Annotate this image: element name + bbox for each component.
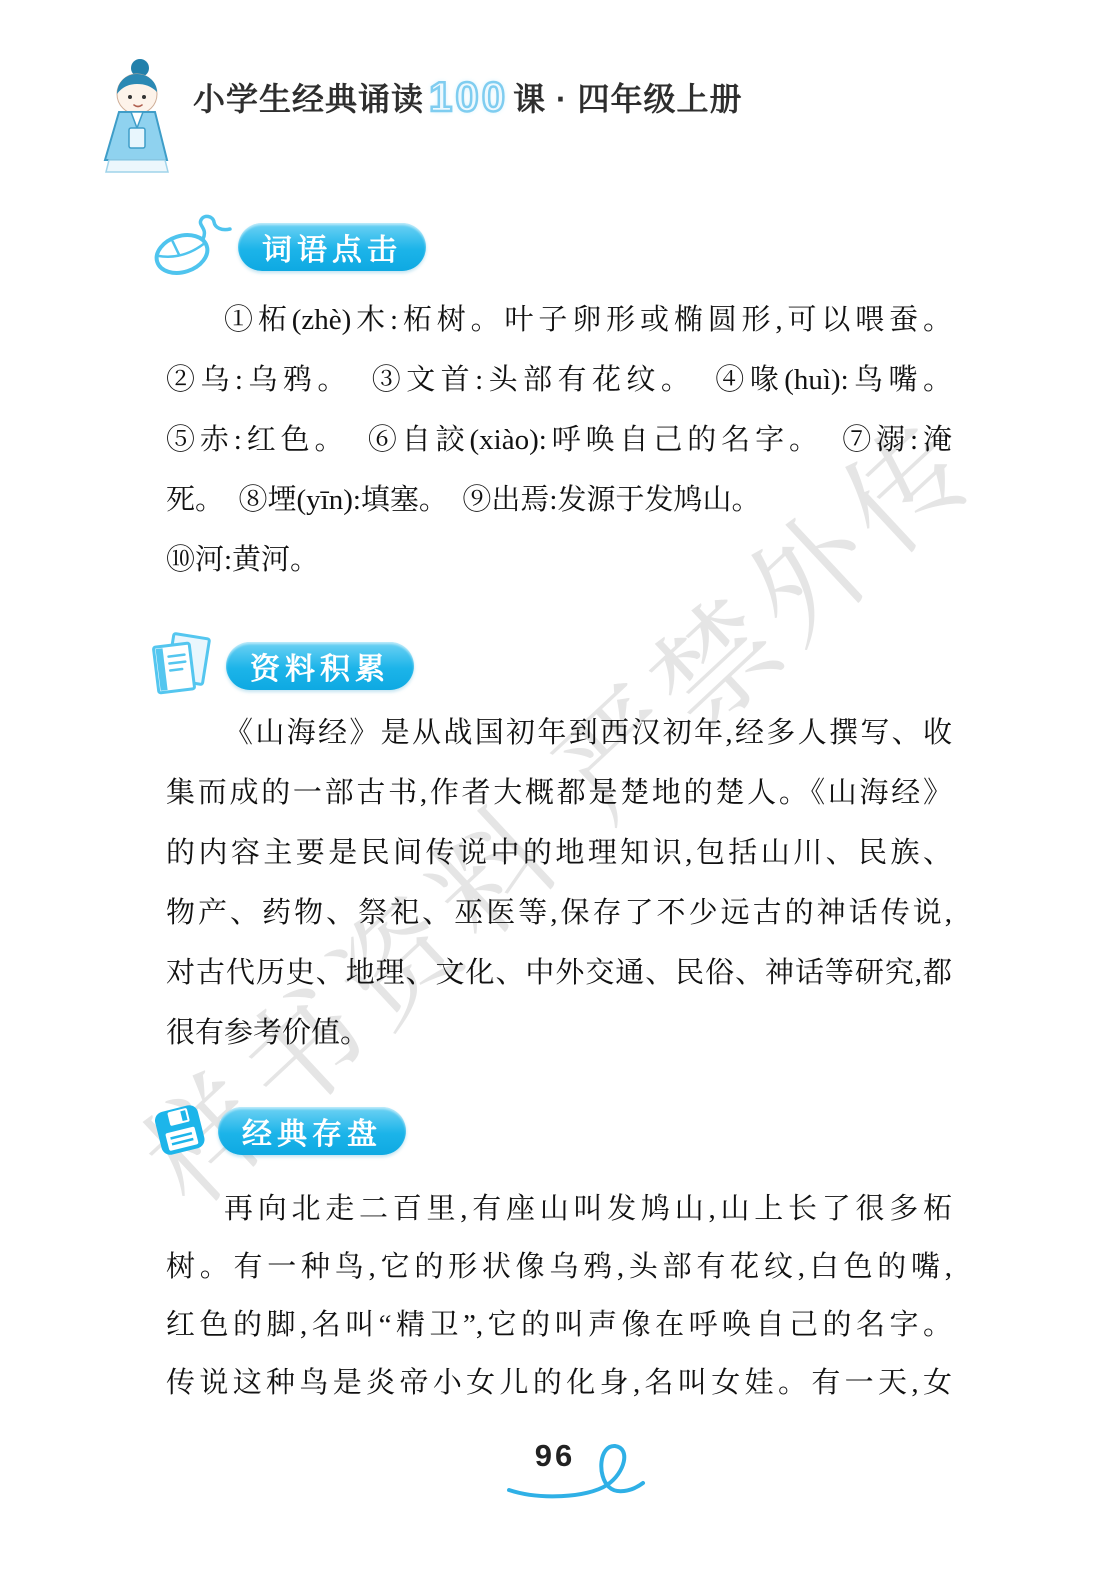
mascot-icon xyxy=(93,56,179,176)
floppy-icon xyxy=(148,1100,212,1162)
flourish-icon xyxy=(503,1440,653,1504)
text-line: ⑩河:黄河。 xyxy=(166,530,952,590)
section-pill-materials: 资料积累 xyxy=(226,642,414,690)
mouse-icon xyxy=(148,214,232,280)
text-line: ①柘(zhè)木:柘树。叶子卵形或椭圆形,可以喂蚕。 xyxy=(166,290,952,350)
classic-paragraph: 再向北走二百里,有座山叫发鸠山,山上长了很多柘 树。有一种鸟,它的形状像乌鸦,头… xyxy=(166,1180,952,1412)
text-line: 很有参考价值。 xyxy=(166,1003,952,1063)
text-line: 《山海经》是从战国初年到西汉初年,经多人撰写、收 xyxy=(166,703,952,763)
title-prefix: 小学生经典诵读 xyxy=(193,74,424,120)
words-paragraph: ①柘(zhè)木:柘树。叶子卵形或椭圆形,可以喂蚕。 ②乌:乌鸦。 ③文首:头部… xyxy=(166,290,952,590)
title-suffix: 课 · 四年级上册 xyxy=(513,74,742,120)
text-line: ⑤赤:红色。 ⑥自詨(xiào):呼唤自己的名字。 ⑦溺:淹 xyxy=(166,410,952,470)
documents-icon xyxy=(148,632,220,700)
title-number: 100 xyxy=(429,76,508,118)
text-line: 集而成的一部古书,作者大概都是楚地的楚人。《山海经》 xyxy=(166,763,952,823)
page-title: 小学生经典诵读 100 课 · 四年级上册 xyxy=(193,74,743,120)
materials-paragraph: 《山海经》是从战国初年到西汉初年,经多人撰写、收 集而成的一部古书,作者大概都是… xyxy=(166,703,952,1063)
section-header-words: 词语点击 xyxy=(148,214,426,280)
section-header-classic: 经典存盘 xyxy=(148,1100,406,1162)
section-pill-words: 词语点击 xyxy=(238,223,426,271)
page-number: 96 xyxy=(535,1438,575,1473)
section-header-materials: 资料积累 xyxy=(148,632,414,700)
text-line: 再向北走二百里,有座山叫发鸠山,山上长了很多柘 xyxy=(166,1180,952,1238)
text-line: 树。有一种鸟,它的形状像乌鸦,头部有花纹,白色的嘴, xyxy=(166,1238,952,1296)
page-header: 小学生经典诵读 100 课 · 四年级上册 xyxy=(93,56,743,176)
book-page: 样书资料 严禁外传 小学生经典诵读 100 课 · 四年级上册 xyxy=(0,0,1110,1571)
text-line: ②乌:乌鸦。 ③文首:头部有花纹。 ④喙(huì):鸟嘴。 xyxy=(166,350,952,410)
text-line: 传说这种鸟是炎帝小女儿的化身,名叫女娃。有一天,女 xyxy=(166,1354,952,1412)
section-pill-classic: 经典存盘 xyxy=(218,1107,406,1155)
text-line: 死。 ⑧堙(yīn):填塞。 ⑨出焉:发源于发鸠山。 xyxy=(166,470,952,530)
text-line: 的内容主要是民间传说中的地理知识,包括山川、民族、 xyxy=(166,823,952,883)
page-footer: 96 xyxy=(0,1438,1110,1474)
text-line: 物产、药物、祭祀、巫医等,保存了不少远古的神话传说, xyxy=(166,883,952,943)
text-line: 红色的脚,名叫“精卫”,它的叫声像在呼唤自己的名字。 xyxy=(166,1296,952,1354)
text-line: 对古代历史、地理、文化、中外交通、民俗、神话等研究,都 xyxy=(166,943,952,1003)
